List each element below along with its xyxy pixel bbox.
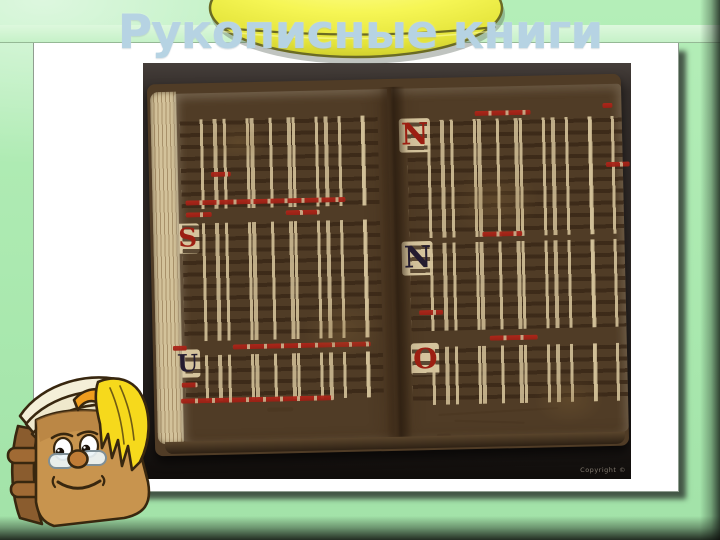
initial-letter-o: O (413, 345, 438, 374)
slide-background: Рукописные книги S (0, 0, 720, 540)
manuscript-text-block (185, 351, 384, 401)
initial-letter-n: N (404, 243, 432, 274)
rubric-word (211, 172, 231, 177)
book-mascot-icon (2, 354, 160, 528)
manuscript-photo: S U N N O (143, 63, 631, 479)
rubric-line (286, 210, 320, 216)
slide-edge-shadow (700, 0, 720, 540)
manuscript-text-block (410, 239, 627, 332)
ink-smudge (267, 407, 293, 412)
rubric-word (182, 382, 198, 387)
rubric-line (186, 212, 212, 218)
initial-letter-u: U (177, 351, 198, 375)
slide-title: Рукописные книги (0, 5, 720, 60)
manuscript-text-block (180, 115, 380, 209)
margin-mark (602, 103, 612, 108)
initial-letter-n: N (401, 120, 429, 151)
copyright-watermark: Copyright © (580, 466, 626, 474)
margin-mark (606, 161, 630, 167)
initial-letter-s: S (178, 225, 197, 251)
open-book: S U N N O (147, 74, 629, 457)
mascot-nose (69, 451, 88, 468)
rubric-word (419, 310, 443, 316)
